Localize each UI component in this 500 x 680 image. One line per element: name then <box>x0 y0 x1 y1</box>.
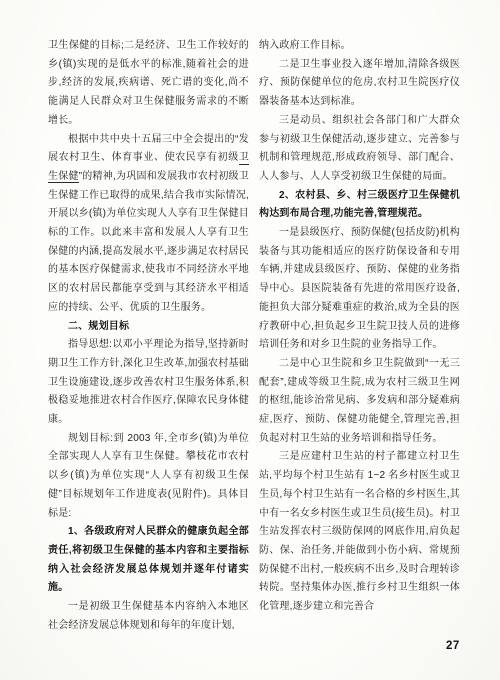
body-paragraph: 二是中心卫生院和乡卫生院做到“一无三配套”,建成等级卫生院,成为农村三级卫生网的… <box>259 355 460 449</box>
body-paragraph: 卫生保健的目标;二是经济、卫生工作较好的乡(镇)实现的是低水平的标准,随着社会的… <box>48 37 249 131</box>
paragraph-text: 根据中共中央十五届三中全会提出的“发展农村卫生、体育事业、使农民享有初级 <box>48 134 249 164</box>
body-paragraph: 指导思想:以邓小平理论为指导,坚持新时期卫生工作方针,深化卫生改革,加强农村基础… <box>48 336 249 430</box>
body-paragraph: 三是动员、组织社会各部门和广大群众参与初级卫生保健活动,逐步建立、完善参与机制和… <box>259 112 460 187</box>
left-column: 卫生保健的目标;二是经济、卫生工作较好的乡(镇)实现的是低水平的标准,随着社会的… <box>48 37 249 636</box>
body-paragraph: 规划目标:到 2003 年,全市乡(镇)为单位全部实现人人享有卫生保健。攀枝花市… <box>48 430 249 524</box>
section-heading: 二、规划目标 <box>48 318 249 337</box>
body-paragraph: 一是初级卫生保健基本内容纳入本地区社会经济发展总体规划和每年的年度计划, <box>48 598 249 635</box>
body-paragraph: 二是卫生事业投入逐年增加,清除各级医疗、预防保健单位的危房,农村卫生院医疗仪器装… <box>259 56 460 112</box>
right-column: 纳入政府工作目标。 二是卫生事业投入逐年增加,清除各级医疗、预防保健单位的危房,… <box>259 37 460 617</box>
body-paragraph: 根据中共中央十五届三中全会提出的“发展农村卫生、体育事业、使农民享有初级卫生保健… <box>48 131 249 318</box>
page-number: 27 <box>446 640 460 652</box>
numbered-item-heading: 2、农村县、乡、村三级医疗卫生保健机构达到布局合理,功能完善,管理规范。 <box>259 187 460 224</box>
body-paragraph: 三是应建村卫生站的村子都建立村卫生站,平均每个村卫生站有 1~2 名乡村医生或卫… <box>259 448 460 616</box>
body-paragraph: 一是县级医疗、预防保健(包括皮防)机构装备与其功能相适应的医疗防保设备和专用车辆… <box>259 224 460 355</box>
document-page: 卫生保健的目标;二是经济、卫生工作较好的乡(镇)实现的是低水平的标准,随着社会的… <box>0 0 500 680</box>
body-paragraph: 纳入政府工作目标。 <box>259 37 460 56</box>
numbered-item-heading: 1、各级政府对人民群众的健康负起全部责任,将初级卫生保健的基本内容和主要指标纳入… <box>48 523 249 598</box>
paragraph-text: ”的精神,为巩固和发展我市农村初级卫生保健工作已取得的成果,结合我市实际情况,开… <box>48 171 249 313</box>
